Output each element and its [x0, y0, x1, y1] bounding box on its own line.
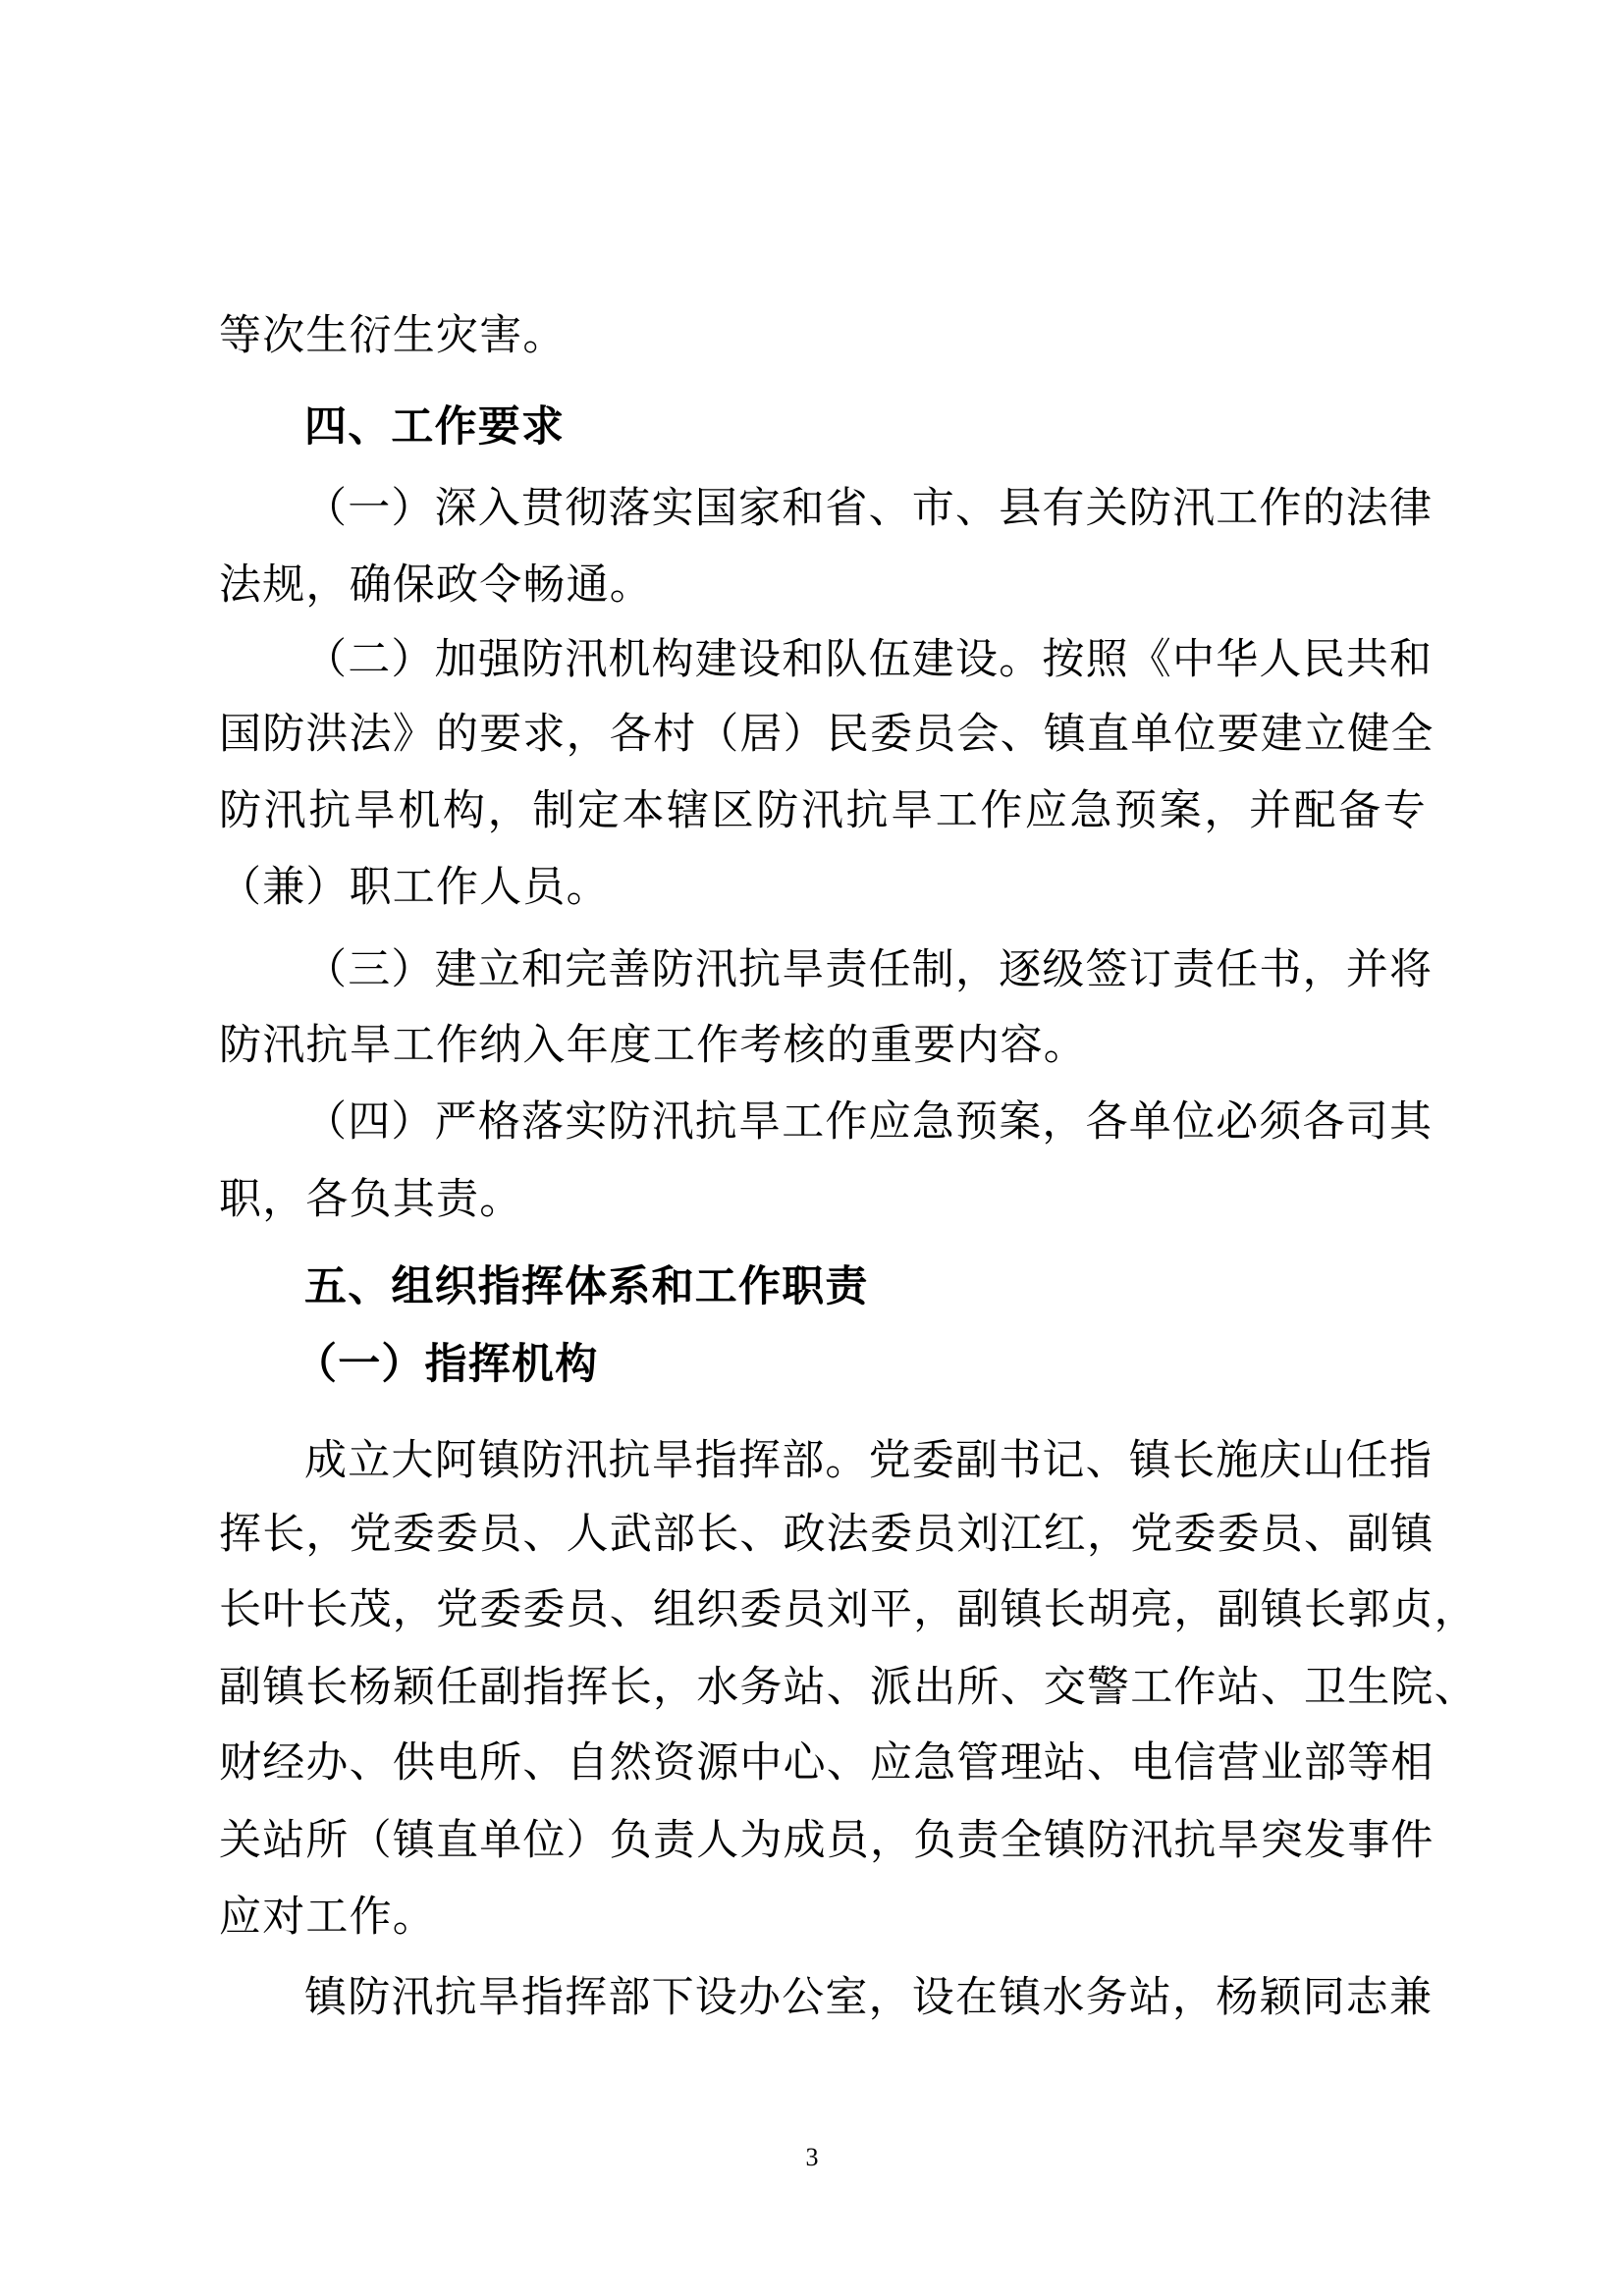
body-text-line: 关站所（镇直单位）负责人为成员，负责全镇防汛抗旱突发事件: [219, 1813, 1427, 1868]
body-text-line: （三）建立和完善防汛抗旱责任制，逐级签订责任书，并将: [304, 942, 1427, 997]
body-text-line: 财经办、供电所、自然资源中心、应急管理站、电信营业部等相: [219, 1735, 1427, 1790]
body-text-line: （四）严格落实防汛抗旱工作应急预案，各单位必须各司其: [304, 1095, 1427, 1149]
page-number: 3: [0, 2143, 1624, 2172]
body-text-line: 防汛抗旱工作纳入年度工作考核的重要内容。: [219, 1018, 1427, 1073]
body-text-line: 长叶长茂，党委委员、组织委员刘平，副镇长胡亮，副镇长郭贞，: [219, 1582, 1427, 1637]
section-heading-command-system: 五、组织指挥体系和工作职责: [304, 1259, 1427, 1314]
body-text-line: 镇防汛抗旱指挥部下设办公室，设在镇水务站，杨颖同志兼: [304, 1970, 1427, 2025]
subsection-heading-command-body: （一）指挥机构: [295, 1337, 1417, 1392]
body-text-line: 国防洪法》的要求，各村（居）民委员会、镇直单位要建立健全: [219, 707, 1427, 762]
body-text-line: 应对工作。: [219, 1890, 1427, 1945]
body-text-line: 法规，确保政令畅通。: [219, 558, 1427, 613]
body-text-line: （兼）职工作人员。: [219, 860, 1427, 915]
body-text-line: 成立大阿镇防汛抗旱指挥部。党委副书记、镇长施庆山任指: [304, 1433, 1427, 1488]
section-heading-work-requirements: 四、工作要求: [304, 400, 1427, 454]
body-text-line: 防汛抗旱机构，制定本辖区防汛抗旱工作应急预案，并配备专: [219, 783, 1427, 838]
body-text-line: （一）深入贯彻落实国家和省、市、县有关防汛工作的法律: [304, 481, 1427, 536]
body-text-line: 副镇长杨颖任副指挥长，水务站、派出所、交警工作站、卫生院、: [219, 1660, 1427, 1715]
body-text-line: （二）加强防汛机构建设和队伍建设。按照《中华人民共和: [304, 632, 1427, 687]
body-text-line: 等次生衍生灾害。: [219, 308, 1427, 363]
body-text-line: 挥长，党委委员、人武部长、政法委员刘江红，党委委员、副镇: [219, 1507, 1427, 1562]
body-text-line: 职，各负其责。: [219, 1172, 1427, 1227]
